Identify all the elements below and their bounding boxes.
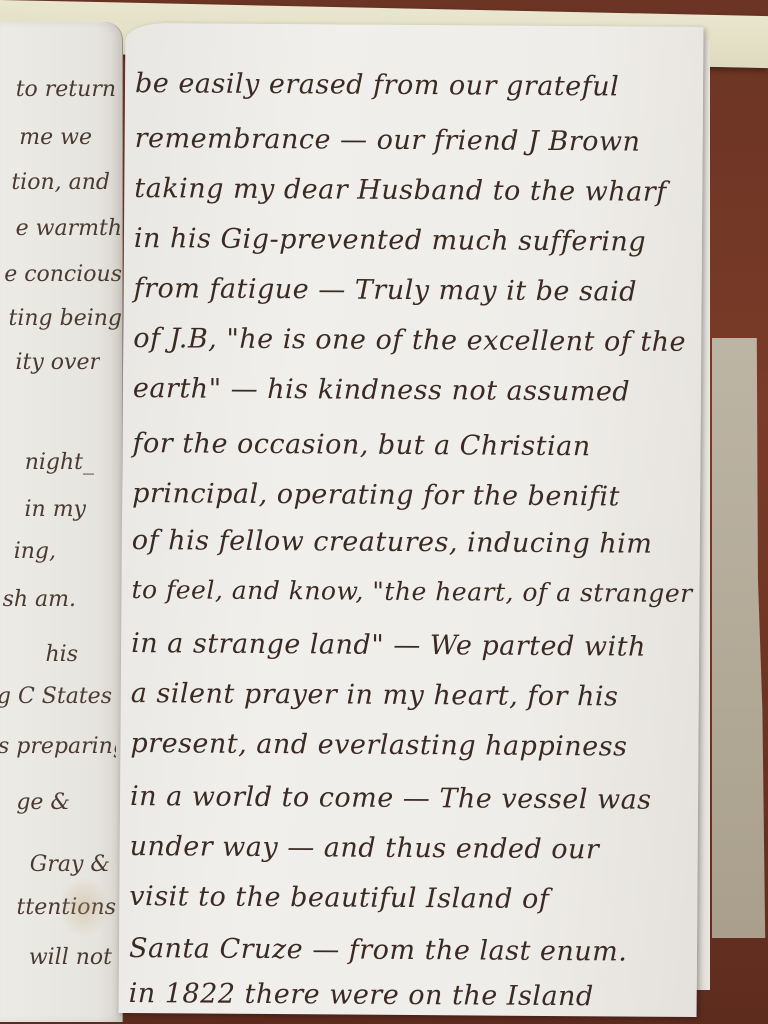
left-line: ge & — [0, 790, 70, 815]
left-line: tion, and — [0, 170, 110, 195]
manuscript-line: for the occasion, but a Christian — [132, 428, 590, 462]
manuscript-line: in his Gig-prevented much suffering — [134, 223, 646, 258]
manuscript-line: of his fellow creatures, inducing him — [132, 525, 653, 560]
loose-paper-scrap — [712, 338, 768, 938]
manuscript-line: taking my dear Husband to the wharf — [134, 173, 667, 208]
manuscript-line: present, and everlasting happiness — [130, 728, 627, 762]
manuscript-line: in 1822 there were on the Island — [129, 978, 594, 1012]
manuscript-line: principal, operating for the benifit — [132, 478, 620, 512]
manuscript-line: Santa Cruze — from the last enum. — [129, 933, 628, 967]
left-line: e warmth — [4, 216, 122, 241]
left-line: ting being — [4, 306, 122, 331]
left-page: to return me we tion, and e warmth e con… — [0, 22, 123, 1022]
manuscript-line: a silent prayer in my heart, for his — [131, 678, 619, 712]
manuscript-line: in a strange land" — We parted with — [131, 628, 646, 663]
left-line: sh am. — [0, 587, 76, 612]
left-line: Gray & — [0, 852, 110, 877]
manuscript-line: from fatigue — Truly may it be said — [134, 273, 638, 308]
manuscript-line: remembrance — our friend J Brown — [135, 123, 641, 158]
manuscript-line: be easily erased from our grateful — [135, 68, 619, 102]
left-line: e concious — [4, 262, 122, 287]
left-line: in my — [0, 497, 86, 522]
left-line: to return — [0, 77, 116, 102]
left-line: ity over — [0, 350, 100, 375]
right-page: be easily erased from our grateful remem… — [119, 23, 704, 1017]
manuscript-line: under way — and thus ended our — [130, 831, 600, 865]
left-line: ing, — [0, 539, 56, 564]
manuscript-line: of J.B, "he is one of the excellent of t… — [133, 323, 686, 358]
manuscript-line: earth" — his kindness not assumed — [133, 373, 630, 407]
water-stain — [58, 877, 110, 937]
manuscript-line: in a world to come — The vessel was — [130, 781, 652, 816]
left-line: his — [0, 642, 78, 667]
manuscript-line: to feel, and know, "the heart, of a stra… — [131, 575, 692, 608]
left-line: me we — [0, 125, 92, 150]
left-line: g C States — [0, 684, 112, 709]
left-line: will not — [0, 945, 112, 970]
left-line: s preparing — [0, 734, 116, 759]
left-line: night_ — [0, 450, 94, 475]
manuscript-line: visit to the beautiful Island of — [129, 881, 549, 915]
